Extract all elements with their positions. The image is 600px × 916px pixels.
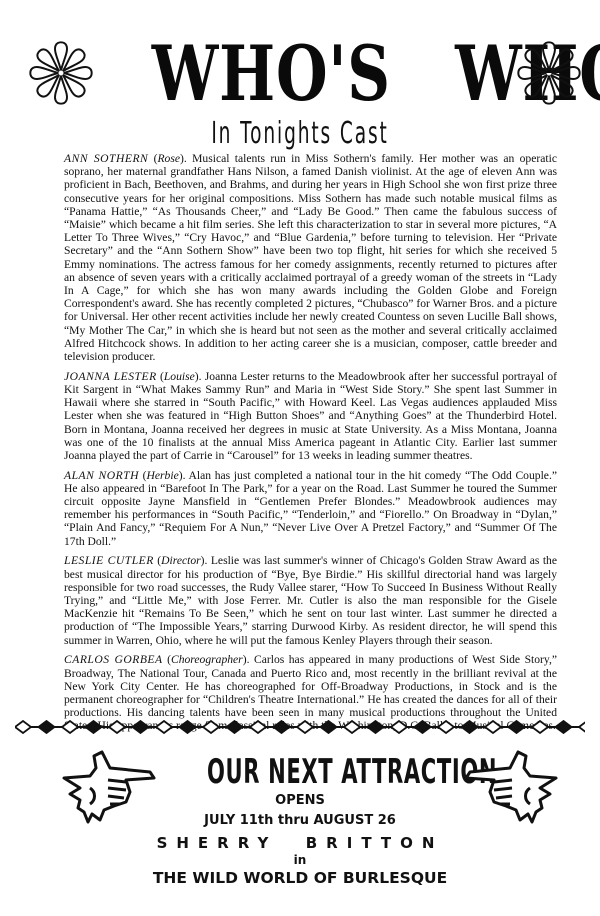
cast-name: CARLOS GORBEA bbox=[64, 653, 163, 666]
cast-bio: ALAN NORTH (Herbie). Alan has just compl… bbox=[64, 469, 557, 548]
run-dates: JULY 11th thru AUGUST 26 bbox=[100, 813, 500, 829]
cast-role: Choreographer bbox=[171, 653, 243, 666]
flower-icon bbox=[28, 40, 94, 106]
cast-name: LESLIE CUTLER bbox=[64, 554, 154, 567]
connector-text: in bbox=[100, 853, 500, 867]
cast-bio: ANN SOTHERN (Rose). Musical talents run … bbox=[64, 152, 557, 363]
cast-role: Rose bbox=[157, 152, 180, 165]
star-name: SHERRY BRITTON bbox=[100, 834, 500, 852]
cast-bios: ANN SOTHERN (Rose). Musical talents run … bbox=[64, 152, 557, 739]
next-attraction-heading: OUR NEXT ATTRACTION bbox=[207, 752, 393, 792]
bio-text: Musical talents run in Miss Sothern's fa… bbox=[64, 152, 557, 363]
bio-text: Joanna Lester returns to the Meadowbrook… bbox=[64, 370, 557, 462]
show-title: THE WILD WORLD OF BURLESQUE bbox=[100, 868, 500, 888]
cast-name: ANN SOTHERN bbox=[64, 152, 148, 165]
diamond-divider bbox=[15, 720, 585, 734]
cast-name: ALAN NORTH bbox=[64, 469, 139, 482]
page-subtitle: In Tonights Cast bbox=[207, 114, 393, 154]
cast-role: Director bbox=[161, 554, 201, 567]
opens-label: OPENS bbox=[100, 793, 500, 809]
cast-role: Herbie bbox=[147, 469, 179, 482]
cast-bio: LESLIE CUTLER (Director). Leslie was las… bbox=[64, 554, 557, 646]
cast-role: Louise bbox=[164, 370, 195, 383]
page-title: WHO'S WHO bbox=[152, 26, 448, 122]
header: WHO'S WHO In Tonights Cast bbox=[0, 0, 600, 160]
bio-text: Leslie was last summer's winner of Chica… bbox=[64, 554, 557, 646]
cast-bio: JOANNA LESTER (Louise). Joanna Lester re… bbox=[64, 370, 557, 462]
cast-name: JOANNA LESTER bbox=[64, 370, 157, 383]
flower-icon bbox=[516, 40, 582, 106]
